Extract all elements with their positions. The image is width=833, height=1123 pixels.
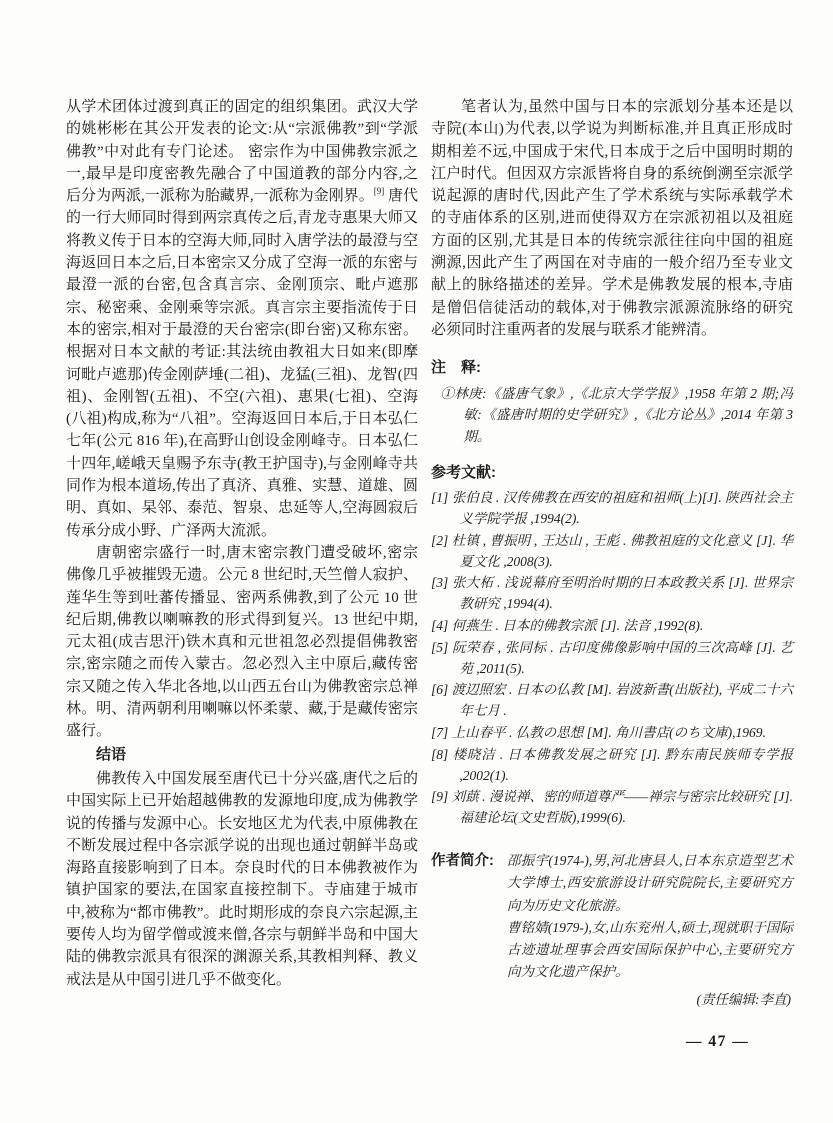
reference-item: [7] 上山春平 . 仏教の思想 [M]. 角川書店(のち文庫),1969. — [431, 723, 793, 744]
reference-number: [8] — [431, 747, 448, 762]
reference-text: 上山春平 . 仏教の思想 [M]. 角川書店(のち文庫),1969. — [452, 725, 766, 740]
reference-number: [3] — [431, 575, 448, 590]
reference-number: [4] — [431, 618, 448, 633]
notes-heading: 注 释: — [431, 357, 793, 379]
two-column-layout: 从学术团体过渡到真正的固定的组织集团。武汉大学的姚彬彬在其公开发表的论文:从“宗… — [66, 96, 793, 1011]
body-paragraph: 唐朝密宗盛行一时,唐末密宗教门遭受破坏,密宗佛像几乎被摧毁无遗。公元 8 世纪时… — [66, 542, 418, 743]
reference-item: [8] 楼晓洁 . 日本佛教发展之研究 [J]. 黔东南民族师专学报 ,2002… — [431, 745, 793, 787]
author-bio-entry: 邵振宇(1974-),男,河北唐县人,日本东京造型艺术大学博士,西安旅游设计研究… — [507, 850, 793, 917]
paragraph-text: 唐代的一行大师同时得到两宗真传之后,青龙寺惠果大师又将教义传于日本的空海大师,同… — [66, 188, 418, 538]
reference-text: 渡辺照宏 . 日本の仏教 [M]. 岩波新書(出版社), 平成二十六年七月 . — [452, 682, 793, 718]
page-number: — 47 — — [686, 1033, 749, 1051]
author-bio-entry: 曹铭婧(1979-),女,山东兖州人,硕士,现就职于国际古迹遗址理事会西安国际保… — [507, 917, 793, 984]
left-column: 从学术团体过渡到真正的固定的组织集团。武汉大学的姚彬彬在其公开发表的论文:从“宗… — [66, 96, 418, 1011]
note-item: ①林庚:《盛唐气象》,《北京大学学报》,1958 年第 2 期;冯敏:《盛唐时期… — [431, 383, 793, 448]
reference-item: [4] 何燕生 . 日本的佛教宗派 [J]. 法音 ,1992(8). — [431, 616, 793, 637]
author-bio-section: 作者简介: 邵振宇(1974-),男,河北唐县人,日本东京造型艺术大学博士,西安… — [431, 850, 793, 1011]
document-page: 从学术团体过渡到真正的固定的组织集团。武汉大学的姚彬彬在其公开发表的论文:从“宗… — [0, 0, 833, 1123]
right-column: 笔者认为,虽然中国与日本的宗派划分基本还是以寺院(本山)为代表,以学说为判断标准… — [431, 96, 793, 1011]
reference-list: [1] 张伯良 . 汉传佛教在西安的祖庭和祖师(上)[J]. 陕西社会主义学院学… — [431, 488, 793, 829]
reference-text: 阮荣春 , 张同标 . 古印度佛像影响中国的三次高峰 [J]. 艺苑 ,2011… — [452, 640, 793, 676]
reference-number: [2] — [431, 533, 448, 548]
reference-item: [3] 张大柘 . 浅说幕府至明治时期的日本政教关系 [J]. 世界宗教研究 ,… — [431, 573, 793, 615]
reference-number: [5] — [431, 640, 448, 655]
references-heading: 参考文献: — [431, 462, 793, 484]
reference-item: [9] 刘蕻 . 漫说禅、密的师道尊严——禅宗与密宗比较研究 [J]. 福建论坛… — [431, 787, 793, 829]
reference-item: [1] 张伯良 . 汉传佛教在西安的祖庭和祖师(上)[J]. 陕西社会主义学院学… — [431, 488, 793, 530]
reference-text: 张大柘 . 浅说幕府至明治时期的日本政教关系 [J]. 世界宗教研究 ,1994… — [452, 575, 793, 611]
reference-text: 张伯良 . 汉传佛教在西安的祖庭和祖师(上)[J]. 陕西社会主义学院学报 ,1… — [452, 490, 793, 526]
paragraph-text: 从学术团体过渡到真正的固定的组织集团。武汉大学的姚彬彬在其公开发表的论文:从“宗… — [66, 99, 418, 204]
body-paragraph-continuation: 从学术团体过渡到真正的固定的组织集团。武汉大学的姚彬彬在其公开发表的论文:从“宗… — [66, 96, 418, 542]
reference-item: [5] 阮荣春 , 张同标 . 古印度佛像影响中国的三次高峰 [J]. 艺苑 ,… — [431, 638, 793, 680]
reference-item: [2] 杜镇 , 曹振明 , 王达山 , 王彪 . 佛教祖庭的文化意义 [J].… — [431, 531, 793, 573]
reference-number: [7] — [431, 725, 448, 740]
reference-text: 刘蕻 . 漫说禅、密的师道尊严——禅宗与密宗比较研究 [J]. 福建论坛(文史哲… — [452, 789, 793, 825]
reference-text: 何燕生 . 日本的佛教宗派 [J]. 法音 ,1992(8). — [452, 618, 704, 633]
reference-number: [1] — [431, 490, 448, 505]
references-section: 参考文献: [1] 张伯良 . 汉传佛教在西安的祖庭和祖师(上)[J]. 陕西社… — [431, 462, 793, 829]
reference-item: [6] 渡辺照宏 . 日本の仏教 [M]. 岩波新書(出版社), 平成二十六年七… — [431, 680, 793, 722]
reference-number: [9] — [431, 789, 448, 804]
conclusion-heading: 结语 — [66, 744, 418, 766]
conclusion-paragraph: 佛教传入中国发展至唐代已十分兴盛,唐代之后的中国实际上已开始超越佛教的发源地印度… — [66, 768, 418, 991]
citation-marker: [9] — [374, 186, 385, 196]
editor-note: (责任编辑:李直) — [431, 989, 793, 1011]
reference-number: [6] — [431, 682, 448, 697]
reference-text: 楼晓洁 . 日本佛教发展之研究 [J]. 黔东南民族师专学报 ,2002(1). — [453, 747, 794, 783]
reference-text: 杜镇 , 曹振明 , 王达山 , 王彪 . 佛教祖庭的文化意义 [J]. 华夏文… — [452, 533, 793, 569]
author-bio-row: 作者简介: 邵振宇(1974-),男,河北唐县人,日本东京造型艺术大学博士,西安… — [431, 850, 793, 917]
body-paragraph: 笔者认为,虽然中国与日本的宗派划分基本还是以寺院(本山)为代表,以学说为判断标准… — [431, 96, 793, 341]
author-bio-label: 作者简介: — [431, 850, 507, 872]
notes-section: 注 释: ①林庚:《盛唐气象》,《北京大学学报》,1958 年第 2 期;冯敏:… — [431, 357, 793, 448]
